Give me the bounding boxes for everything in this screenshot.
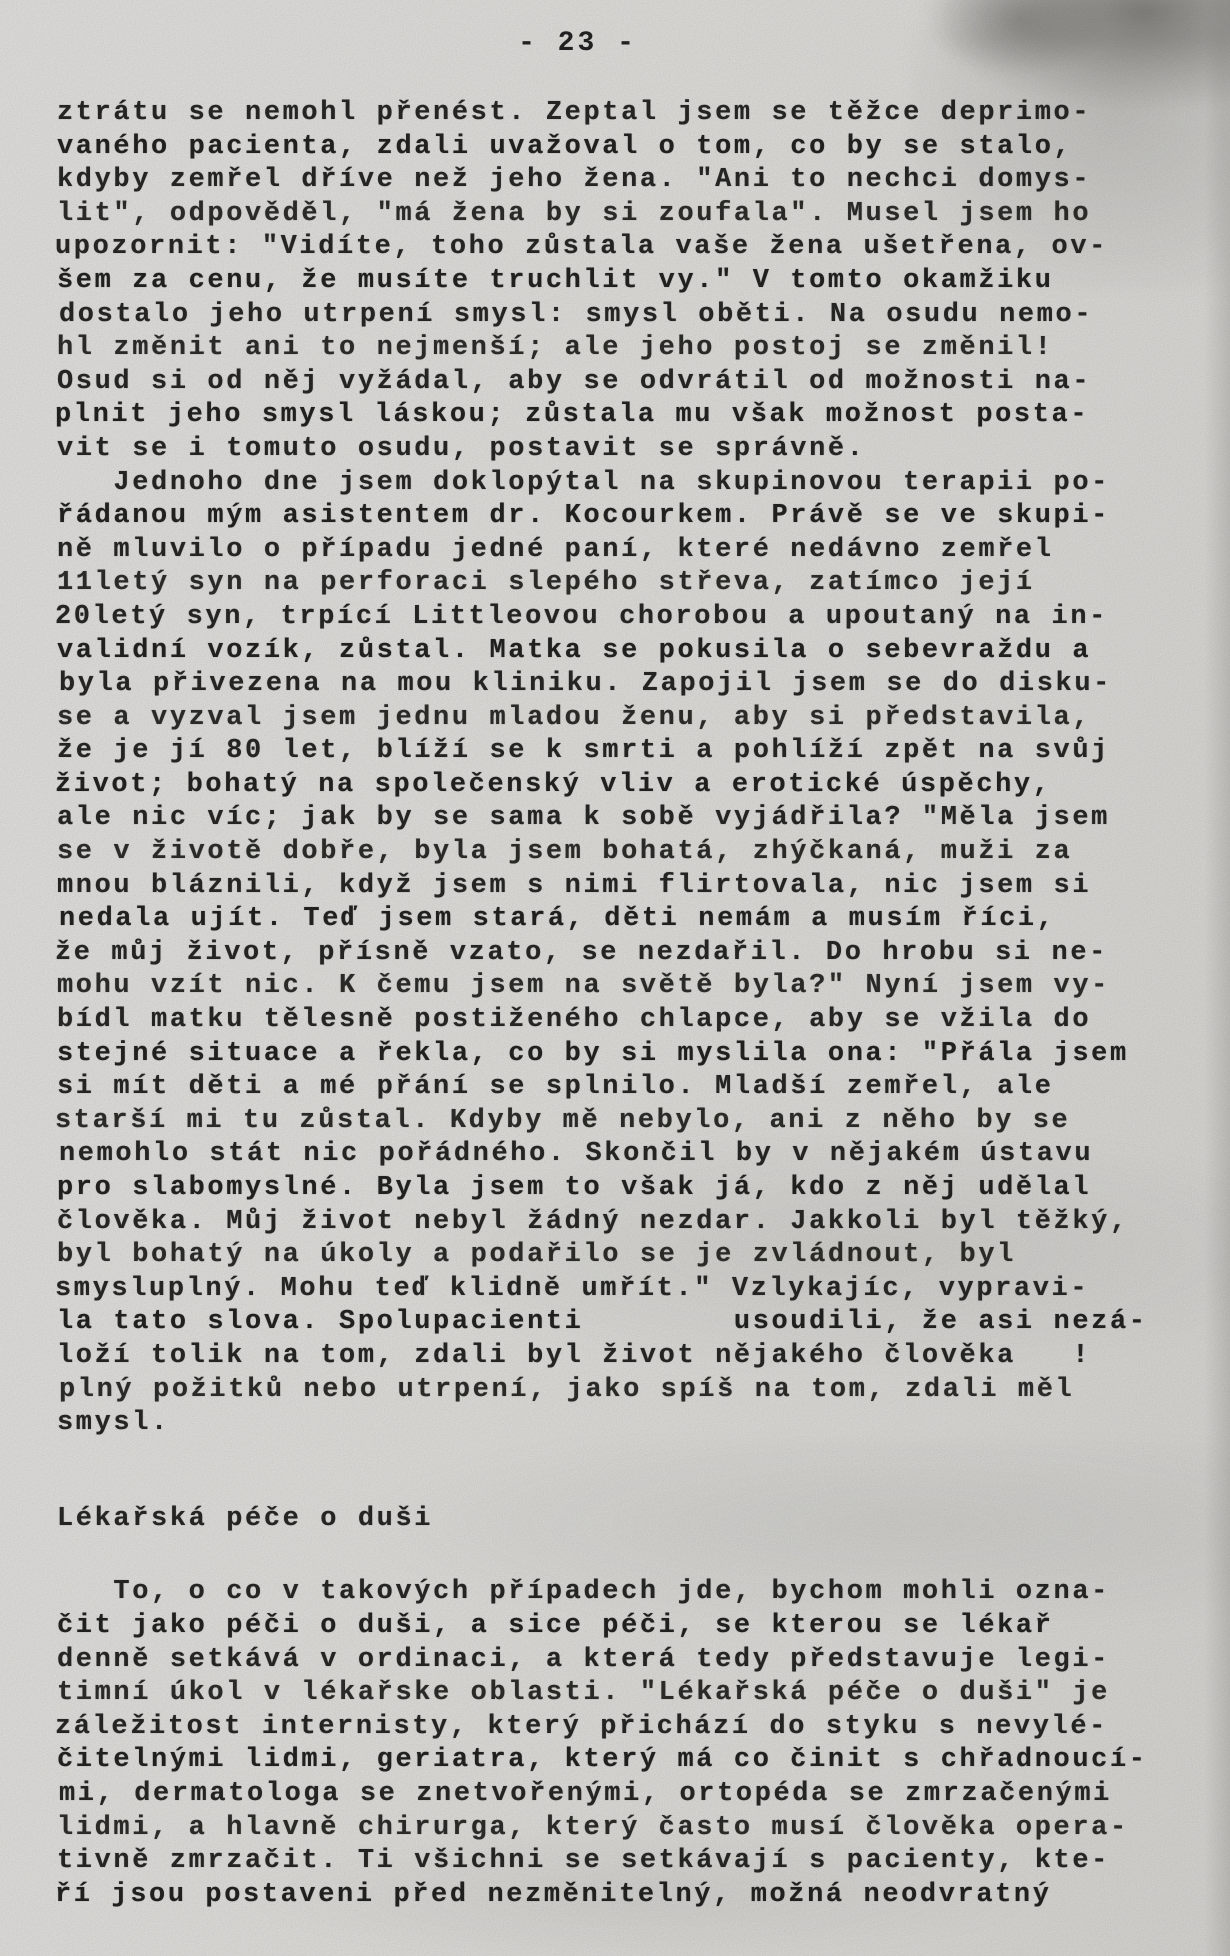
text-line: dostalo jeho utrpení smysl: smysl oběti.… (59, 299, 1209, 333)
text-line: nedala ujít. Teď jsem stará, děti nemám … (59, 903, 1209, 937)
text-line: validní vozík, zůstal. Matka se pokusila… (57, 635, 1207, 669)
text-line: ří jsou postaveni před nezměnitelný, mož… (55, 1879, 1205, 1913)
text-line: vit se i tomuto osudu, postavit se správ… (57, 433, 1207, 467)
text-line: se a vyzval jsem jednu mladou ženu, aby … (57, 702, 1207, 736)
text-line: byl bohatý na úkoly a podařilo se je zvl… (57, 1239, 1207, 1273)
text-line: že můj život, přísně vzato, se nezdařil.… (55, 937, 1205, 971)
text-line: To, o co v takových případech jde, bycho… (57, 1576, 1207, 1610)
text-line: lit", odpověděl, "má žena by si zoufala"… (57, 198, 1207, 232)
text-line: si mít děti a mé přání se splnilo. Mladš… (57, 1071, 1207, 1105)
text-line: ale nic víc; jak by se sama k sobě vyjád… (57, 802, 1207, 836)
text-line: čitelnými lidmi, geriatra, který má co č… (57, 1744, 1207, 1778)
text-line: řádanou mým asistentem dr. Kocourkem. Pr… (57, 500, 1207, 534)
scan-stain (1204, 0, 1230, 1956)
text-line: pro slabomyslné. Byla jsem to však já, k… (57, 1172, 1207, 1206)
paragraph: ztrátu se nemohl přenést. Zeptal jsem se… (57, 97, 1207, 467)
text-line: šem za cenu, že musíte truchlit vy." V t… (57, 265, 1207, 299)
text-line: vaného pacienta, zdali uvažoval o tom, c… (57, 131, 1207, 165)
text-line: mi, dermatologa se znetvořenými, ortopéd… (59, 1778, 1209, 1812)
text-line: la tato slova. Spolupacienti usoudili, ž… (57, 1306, 1207, 1340)
text-line: Osud si od něj vyžádal, aby se odvrátil … (57, 366, 1207, 400)
text-line: Jednoho dne jsem doklopýtal na skupinovo… (57, 467, 1207, 501)
text-line: mohu vzít nic. K čemu jsem na světě byla… (57, 970, 1207, 1004)
text-line: timní úkol v lékařske oblasti. "Lékařská… (57, 1677, 1207, 1711)
page-number: - 23 - (505, 28, 650, 59)
text-line: smysl. (57, 1407, 1207, 1441)
text-line: se v životě dobře, byla jsem bohatá, zhý… (57, 836, 1207, 870)
text-line: hl změnit ani to nejmenší; ale jeho post… (57, 332, 1207, 366)
text-line: ně mluvilo o případu jedné paní, které n… (57, 534, 1207, 568)
text-line: plný požitků nebo utrpení, jako spíš na … (59, 1374, 1209, 1408)
text-line: starší mi tu zůstal. Kdyby mě nebylo, an… (55, 1105, 1205, 1139)
scan-stain (920, 0, 1230, 110)
text-line: 20letý syn, trpící Littleovou chorobou a… (55, 601, 1205, 635)
text-line: život; bohatý na společenský vliv a erot… (55, 769, 1205, 803)
text-line: denně setkává v ordinaci, a která tedy p… (57, 1644, 1207, 1678)
document-body: ztrátu se nemohl přenést. Zeptal jsem se… (57, 97, 1207, 1912)
paragraph: Jednoho dne jsem doklopýtal na skupinovo… (57, 467, 1207, 1441)
text-line: že je jí 80 let, blíží se k smrti a pohl… (57, 735, 1207, 769)
text-line: lidmi, a hlavně chirurga, který často mu… (57, 1812, 1207, 1846)
text-line: stejné situace a řekla, co by si myslila… (57, 1038, 1207, 1072)
text-line: bídl matku tělesně postiženého chlapce, … (57, 1004, 1207, 1038)
section-heading: Lékařská péče o duši (57, 1503, 1207, 1537)
text-line: loží tolik na tom, zdali byl život nějak… (57, 1340, 1207, 1374)
paragraph: To, o co v takových případech jde, bycho… (57, 1576, 1207, 1912)
text-line: byla přivezena na mou kliniku. Zapojil j… (59, 668, 1209, 702)
text-line: upozornit: "Vidíte, toho zůstala vaše že… (55, 231, 1205, 265)
text-line: mnou bláznili, když jsem s nimi flirtova… (57, 870, 1207, 904)
text-line: tivně zmrzačit. Ti všichni se setkávají … (57, 1845, 1207, 1879)
text-line: 11letý syn na perforaci slepého střeva, … (57, 567, 1207, 601)
scanned-page: - 23 - ztrátu se nemohl přenést. Zeptal … (0, 0, 1230, 1956)
text-line: člověka. Můj život nebyl žádný nezdar. J… (57, 1206, 1207, 1240)
text-line: čit jako péči o duši, a sice péči, se kt… (57, 1610, 1207, 1644)
text-line: plnit jeho smysl láskou; zůstala mu však… (55, 399, 1205, 433)
text-line: ztrátu se nemohl přenést. Zeptal jsem se… (57, 97, 1207, 131)
text-line: kdyby zemřel dříve než jeho žena. "Ani t… (57, 164, 1207, 198)
text-line: smysluplný. Mohu teď klidně umřít." Vzly… (55, 1273, 1205, 1307)
text-line: záležitost internisty, který přichází do… (55, 1711, 1205, 1745)
scan-stain (930, 0, 1110, 75)
text-line: nemohlo stát nic pořádného. Skončil by v… (59, 1138, 1209, 1172)
